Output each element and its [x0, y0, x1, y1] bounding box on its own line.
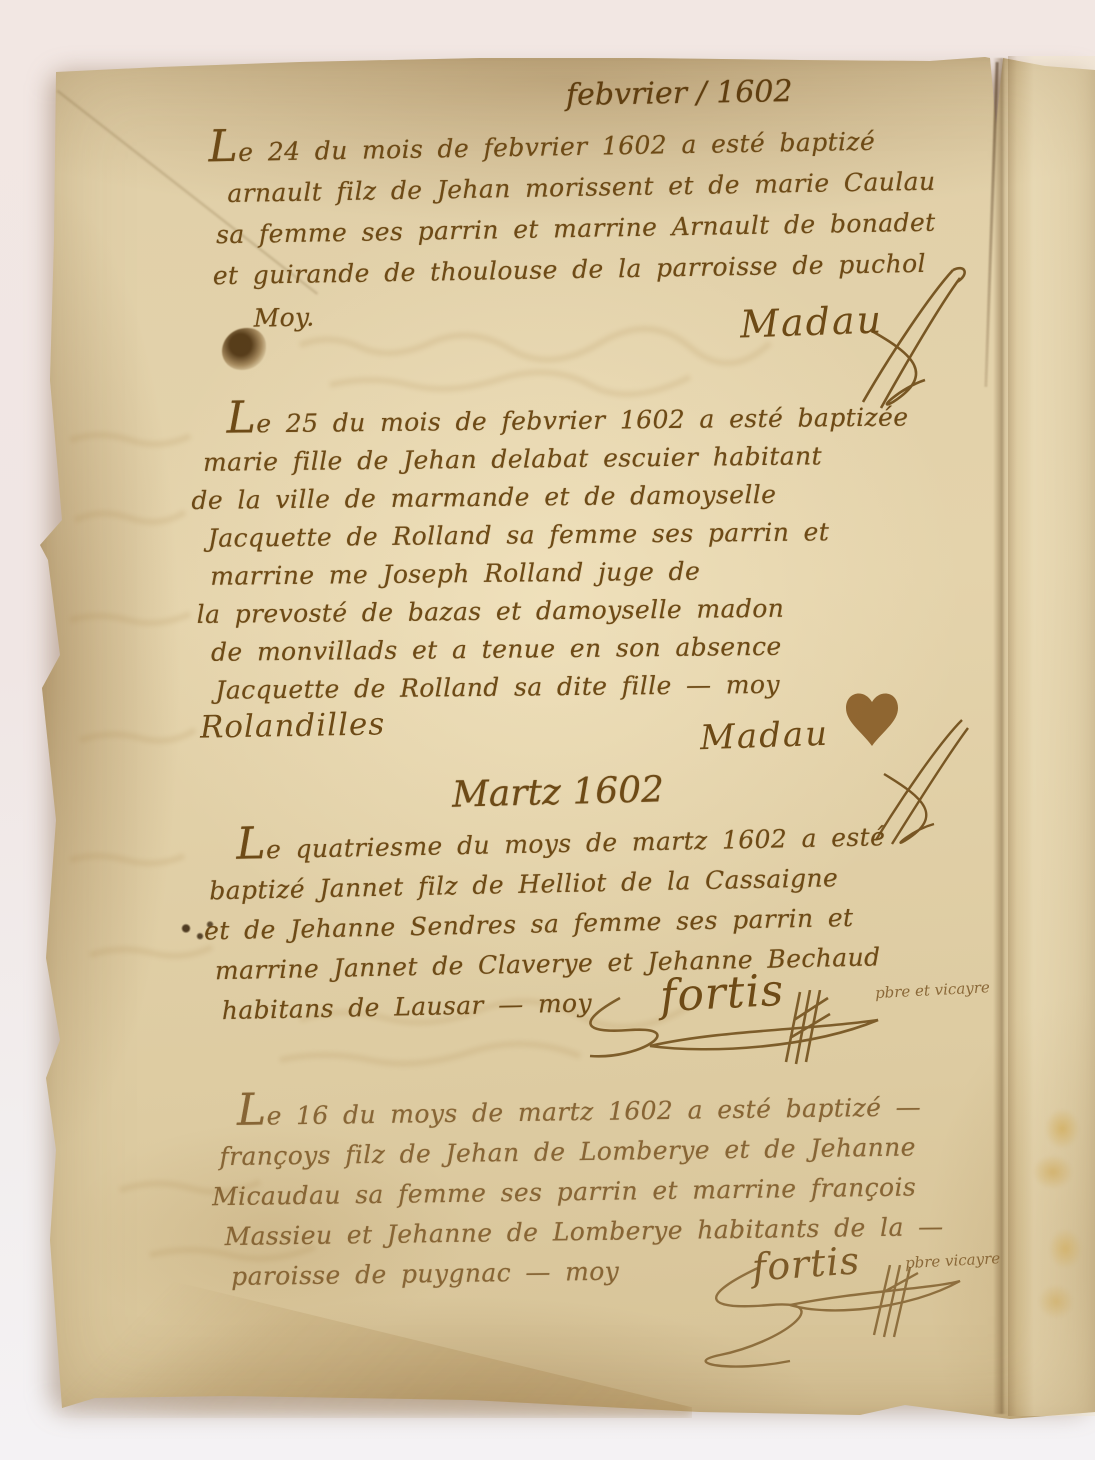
entry-line: Jacquette de Rolland sa dite fille — moy — [215, 664, 911, 709]
entry-line: Jacquette de Rolland sa femme ses parrin… — [208, 512, 910, 557]
month-heading-febvrier: febvrier / 1602 — [566, 74, 793, 113]
signature-fortis: fortis — [751, 1238, 862, 1289]
scan-background: febvrier / 1602 Le 24 du mois de febvrie… — [0, 0, 1095, 1460]
baptism-entry-3: Le quatriesme du moys de martz 1602 a es… — [236, 811, 889, 1031]
signature-madau: Madau — [699, 714, 829, 758]
fold-crease — [993, 58, 1009, 1414]
signature-madau: Madau — [739, 298, 883, 347]
entry-line: marie fille de Jehan delabat escuier hab… — [203, 436, 909, 481]
baptism-entry-2: Le 25 du mois de febvrier 1602 a esté ba… — [226, 392, 911, 709]
signature-rolandilles: Rolandilles — [200, 706, 386, 745]
signature-fortis: fortis — [659, 965, 786, 1022]
entry-line: Le 25 du mois de febvrier 1602 a esté ba… — [226, 392, 908, 443]
month-heading-martz: Martz 1602 — [451, 769, 664, 816]
faded-ink-marks — [1028, 1100, 1090, 1340]
